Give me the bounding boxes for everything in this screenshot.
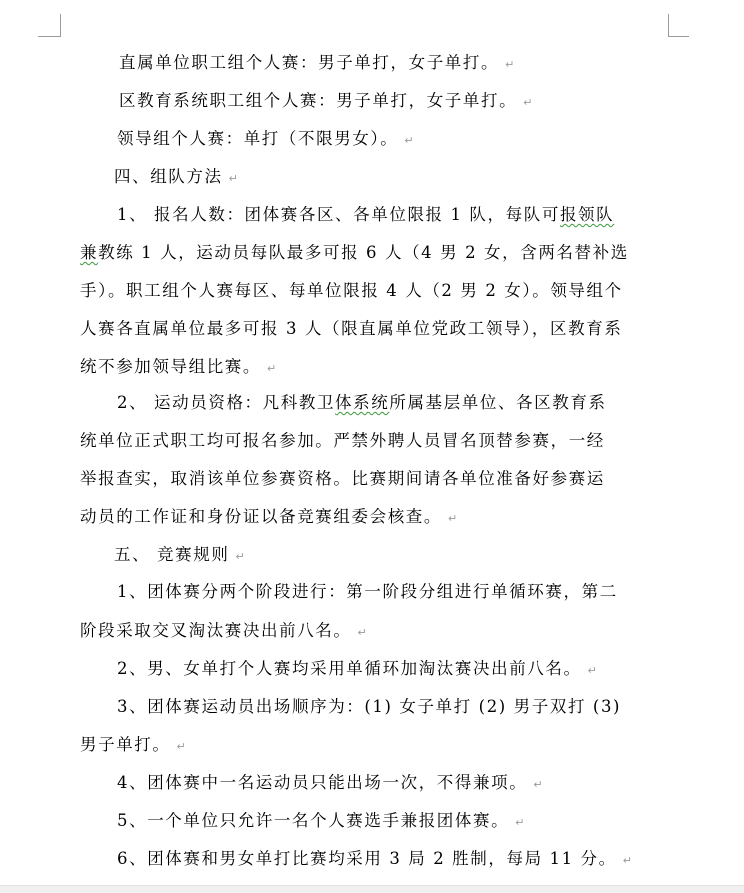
paragraph-mark-icon: ↵: [515, 816, 524, 829]
text-line[interactable]: 阶段采取交叉淘汰赛决出前八名。↵: [80, 621, 367, 643]
document-page: 直属单位职工组个人赛：男子单打，女子单打。↵ 区教育系统职工组个人赛：男子单打，…: [0, 0, 744, 885]
text-line[interactable]: 动员的工作证和身份证以备竞赛组委会核查。↵: [80, 507, 457, 529]
line-text: 直属单位职工组个人赛：男子单打，女子单打。: [119, 53, 499, 72]
text-line[interactable]: 区教育系统职工组个人赛：男子单打，女子单打。↵: [119, 91, 532, 113]
paragraph-mark-icon: ↵: [267, 362, 276, 375]
line-text: 人赛各直属单位最多可报 3 人（限直属单位党政工领导），区教育系: [80, 319, 622, 338]
paragraph-mark-icon: ↵: [229, 172, 238, 185]
line-text: 四、组队方法: [114, 167, 223, 186]
text-line[interactable]: 领导组个人赛：单打（不限男女）。↵: [117, 129, 414, 151]
paragraph-mark-icon: ↵: [623, 854, 632, 867]
paragraph-mark-icon: ↵: [404, 134, 413, 147]
text-line[interactable]: 兼教练 1 人，运动员每队最多可报 6 人（4 男 2 女，含两名替补选: [80, 243, 629, 263]
text-line[interactable]: 统单位正式职工均可报名参加。严禁外聘人员冒名顶替参赛，一经: [80, 431, 605, 451]
line-text: 领导组个人赛：单打（不限男女）。: [117, 129, 398, 148]
line-text: 教练 1 人，运动员每队最多可报 6 人（4 男 2 女，含两名替补选: [98, 243, 629, 262]
text-line[interactable]: 1、团体赛分两个阶段进行：第一阶段分组进行单循环赛，第二: [117, 582, 618, 602]
text-line[interactable]: 5、一个单位只允许一名个人赛选手兼报团体赛。↵: [117, 811, 524, 833]
line-text: 2、 运动员资格：凡科教卫: [117, 393, 335, 412]
text-line[interactable]: 2、男、女单打个人赛均采用单循环加淘汰赛决出前八名。↵: [117, 659, 597, 681]
line-text: 举报查实，取消该单位参赛资格。比赛期间请各单位准备好参赛运: [80, 469, 605, 488]
text-line[interactable]: 手）。职工组个人赛每区、每单位限报 4 人（2 男 2 女）。领导组个: [80, 281, 623, 301]
text-line[interactable]: 人赛各直属单位最多可报 3 人（限直属单位党政工领导），区教育系: [80, 319, 622, 339]
line-text: 所属基层单位、各区教育系: [389, 393, 606, 412]
line-text: 五、 竞赛规则: [114, 545, 229, 564]
text-line[interactable]: 举报查实，取消该单位参赛资格。比赛期间请各单位准备好参赛运: [80, 469, 605, 489]
line-text: 1、 报名人数：团体赛各区、各单位限报 1 队，每队可: [117, 205, 560, 224]
paragraph-mark-icon: ↵: [177, 740, 186, 753]
paragraph-mark-icon: ↵: [505, 58, 514, 71]
text-line[interactable]: 1、 报名人数：团体赛各区、各单位限报 1 队，每队可报领队: [117, 205, 614, 225]
spellcheck-squiggle[interactable]: 报领队: [560, 205, 614, 224]
paragraph-mark-icon: ↵: [235, 550, 244, 563]
text-line[interactable]: 统不参加领导组比赛。↵: [80, 357, 276, 379]
line-text: 动员的工作证和身份证以备竞赛组委会核查。: [80, 507, 442, 526]
spellcheck-squiggle[interactable]: 兼: [80, 243, 98, 262]
text-line[interactable]: 男子单打。↵: [80, 735, 186, 757]
paragraph-mark-icon: ↵: [533, 778, 542, 791]
line-text: 统不参加领导组比赛。: [80, 357, 261, 376]
line-text: 手）。职工组个人赛每区、每单位限报 4 人（2 男 2 女）。领导组个: [80, 281, 623, 300]
line-text: 统单位正式职工均可报名参加。严禁外聘人员冒名顶替参赛，一经: [80, 431, 605, 450]
text-line[interactable]: 2、 运动员资格：凡科教卫体系统所属基层单位、各区教育系: [117, 393, 607, 413]
text-line[interactable]: 直属单位职工组个人赛：男子单打，女子单打。↵: [119, 53, 514, 75]
line-text: 3、团体赛运动员出场顺序为：(1) 女子单打 (2) 男子双打 (3): [117, 697, 621, 716]
text-line[interactable]: 3、团体赛运动员出场顺序为：(1) 女子单打 (2) 男子双打 (3): [117, 697, 621, 717]
line-text: 区教育系统职工组个人赛：男子单打，女子单打。: [119, 91, 517, 110]
line-text: 4、团体赛中一名运动员只能出场一次，不得兼项。: [117, 773, 527, 792]
spellcheck-squiggle[interactable]: 体系统: [335, 393, 389, 412]
line-text: 5、一个单位只允许一名个人赛选手兼报团体赛。: [117, 811, 509, 830]
crop-mark-top-left: [38, 14, 61, 37]
paragraph-mark-icon: ↵: [588, 664, 597, 677]
crop-mark-top-right: [668, 14, 689, 37]
line-text: 阶段采取交叉淘汰赛决出前八名。: [80, 621, 352, 640]
line-text: 6、团体赛和男女单打比赛均采用 3 局 2 胜制，每局 11 分。: [117, 849, 617, 868]
text-line[interactable]: 4、团体赛中一名运动员只能出场一次，不得兼项。↵: [117, 773, 543, 795]
text-line[interactable]: 6、团体赛和男女单打比赛均采用 3 局 2 胜制，每局 11 分。↵: [117, 849, 632, 871]
line-text: 2、男、女单打个人赛均采用单循环加淘汰赛决出前八名。: [117, 659, 582, 678]
paragraph-mark-icon: ↵: [523, 96, 532, 109]
page-gap: [0, 885, 744, 893]
paragraph-mark-icon: ↵: [358, 626, 367, 639]
paragraph-mark-icon: ↵: [448, 512, 457, 525]
line-text: 1、团体赛分两个阶段进行：第一阶段分组进行单循环赛，第二: [117, 582, 618, 601]
section-heading[interactable]: 五、 竞赛规则↵: [114, 545, 245, 567]
line-text: 男子单打。: [80, 735, 171, 754]
section-heading[interactable]: 四、组队方法↵: [114, 167, 238, 189]
